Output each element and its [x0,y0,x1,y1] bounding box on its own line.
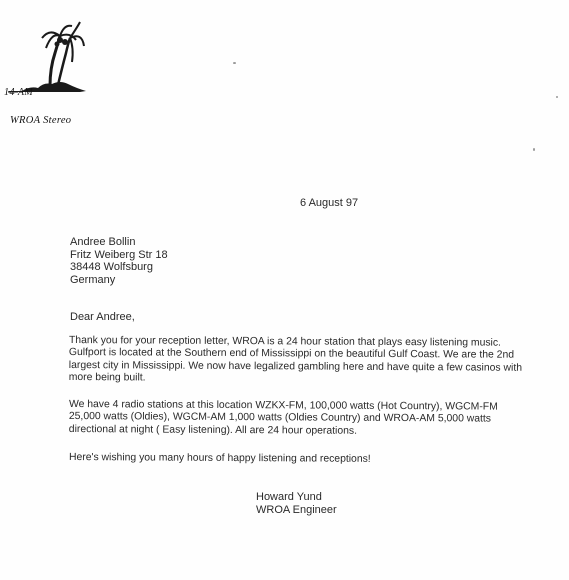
letterhead-logo: 14 AM WROA Stereo [0,18,120,118]
letter-page: 14 AM WROA Stereo 6 August 97 Andree Bol… [0,0,569,580]
station-name: WROA Stereo [10,115,71,126]
station-frequency: 14 AM [4,87,33,98]
recipient-name: Andree Bollin [70,236,168,249]
body-paragraph: Thank you for your reception letter, WRO… [69,335,529,387]
recipient-street: Fritz Weiberg Str 18 [70,249,168,262]
letter-date: 6 August 97 [300,197,358,209]
signature-title: WROA Engineer [256,504,337,517]
scan-speck [556,96,558,98]
scan-speck [233,62,236,64]
signature-block: Howard Yund WROA Engineer [256,491,337,517]
salutation: Dear Andree, [70,311,135,323]
recipient-country: Germany [70,274,168,287]
recipient-address: Andree Bollin Fritz Weiberg Str 18 38448… [70,236,168,286]
palm-tree-island-icon [0,18,120,118]
recipient-city: 38448 Wolfsburg [70,261,168,274]
body-paragraph: Here's wishing you many hours of happy l… [69,452,529,467]
scan-speck [533,148,535,151]
signature-name: Howard Yund [256,491,337,504]
body-paragraph: We have 4 radio stations at this locatio… [69,399,529,439]
